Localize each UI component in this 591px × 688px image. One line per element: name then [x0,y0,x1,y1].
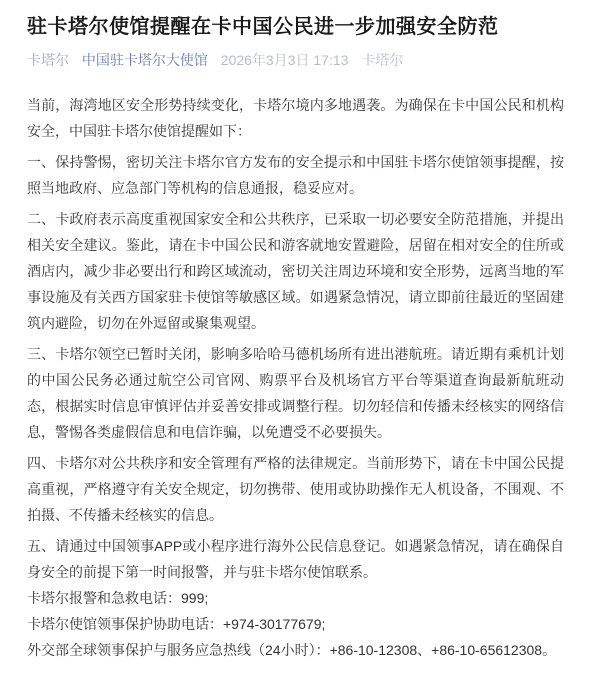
publish-datetime: 2026年3月3日 17:13 [221,52,349,68]
article-body: 当前，海湾地区安全形势持续变化，卡塔尔境内多地遇袭。为确保在卡中国公民和机构安全… [27,92,564,663]
publish-location: 卡塔尔 [361,52,403,68]
article-meta: 卡塔尔 中国驻卡塔尔大使馆 2026年3月3日 17:13 卡塔尔 [27,51,564,70]
contact-intro-line: 五、请通过中国领事APP或小程序进行海外公民信息登记。如遇紧急情况，请在确保自身… [27,533,564,585]
paragraph-item-3: 三、卡塔尔领空已暂时关闭，影响多哈哈马德机场所有进出港航班。请近期有乘机计划的中… [27,341,564,445]
paragraph-item-4: 四、卡塔尔对公共秩序和安全管理有严格的法律规定。当前形势下，请在卡中国公民提高重… [27,450,564,528]
contact-mfa-hotline-line: 外交部全球领事保护与服务应急热线（24小时）：+86-10-12308、+86-… [27,637,564,663]
account-link[interactable]: 中国驻卡塔尔大使馆 [82,52,208,68]
article-page: 驻卡塔尔使馆提醒在卡中国公民进一步加强安全防范 卡塔尔 中国驻卡塔尔大使馆 20… [0,0,591,663]
paragraph-item-2: 二、卡政府表示高度重视国家安全和公共秩序，已采取一切必要安全防范措施，并提出相关… [27,206,564,336]
contact-police-line: 卡塔尔报警和急救电话：999; [27,585,564,611]
contact-embassy-line: 卡塔尔使馆领事保护协助电话：+974-30177679; [27,611,564,637]
paragraph-item-5-contacts: 五、请通过中国领事APP或小程序进行海外公民信息登记。如遇紧急情况，请在确保自身… [27,533,564,663]
paragraph-intro: 当前，海湾地区安全形势持续变化，卡塔尔境内多地遇袭。为确保在卡中国公民和机构安全… [27,92,564,144]
article-title: 驻卡塔尔使馆提醒在卡中国公民进一步加强安全防范 [27,13,564,42]
paragraph-item-1: 一、保持警惕，密切关注卡塔尔官方发布的安全提示和中国驻卡塔尔使馆领事提醒，按照当… [27,149,564,201]
author-name: 卡塔尔 [27,52,69,68]
